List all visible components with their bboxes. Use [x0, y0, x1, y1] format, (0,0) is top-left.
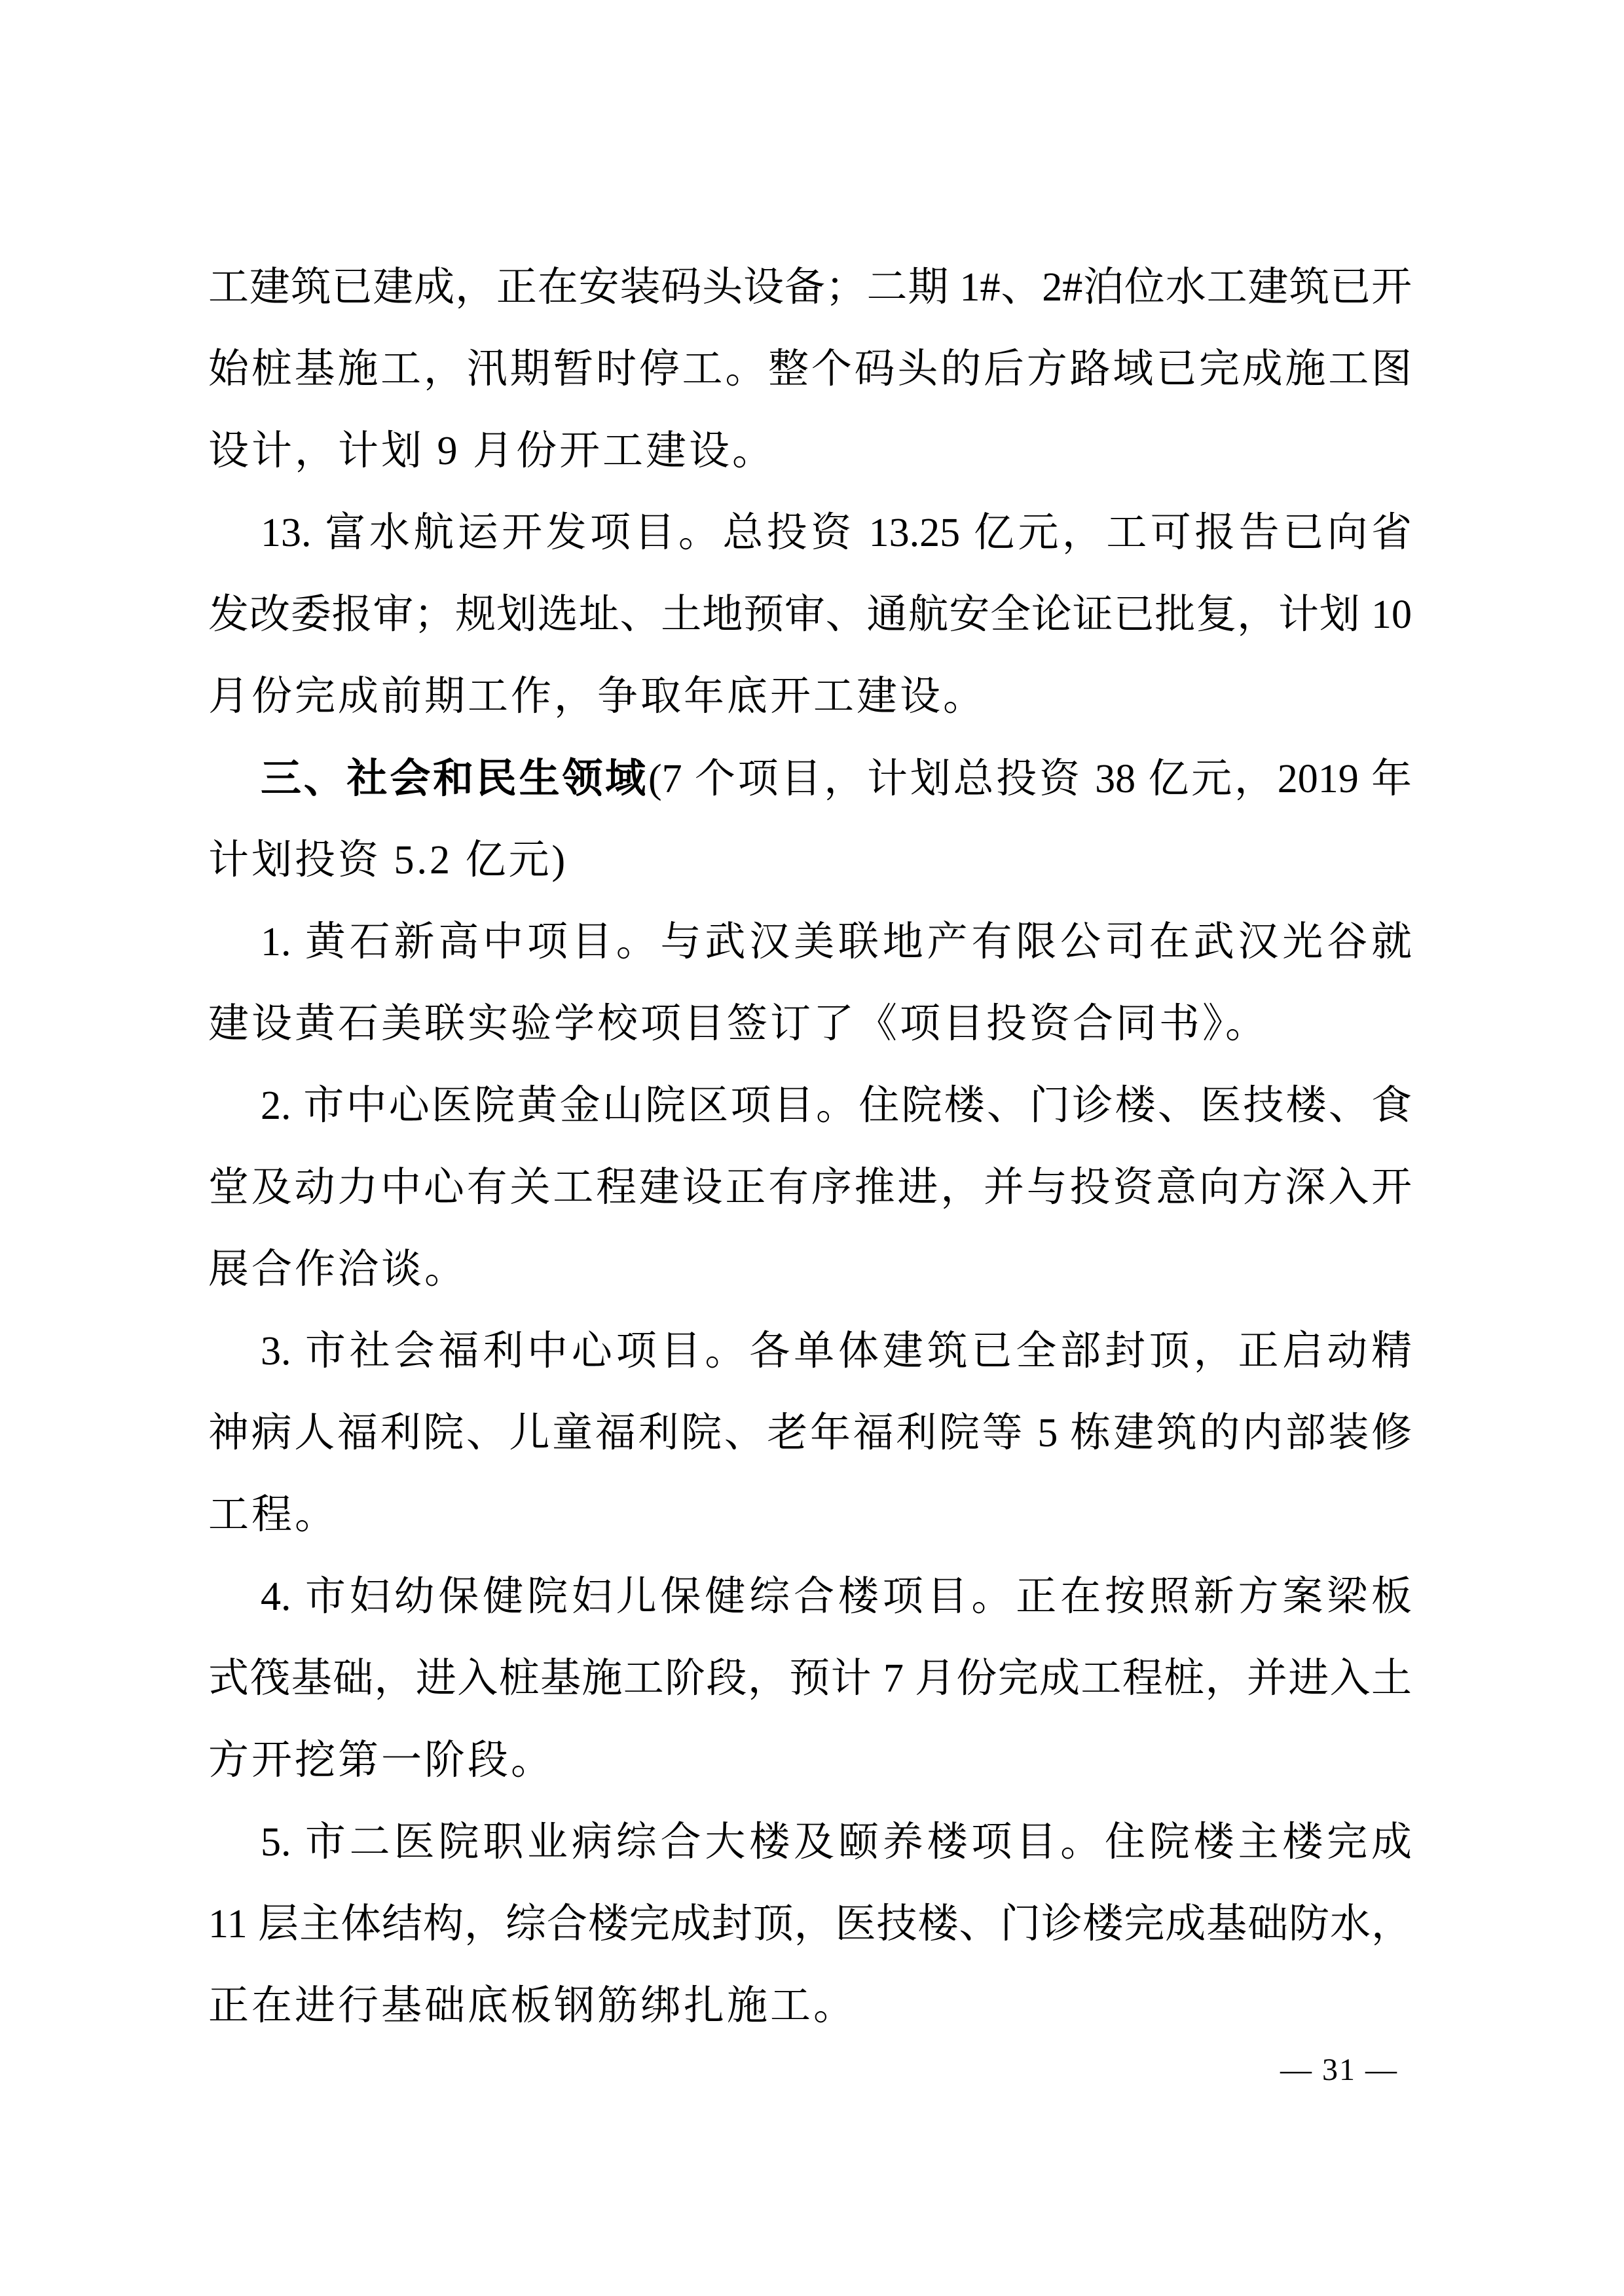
text-line: 始桩基施工，汛期暂时停工。整个码头的后方路域已完成施工图	[208, 329, 1412, 410]
body-text: 式筏基础，进入桩基施工阶段，预计 7 月份完成工程桩，并进入土	[208, 1656, 1412, 1701]
body-text: 神病人福利院、儿童福利院、老年福利院等 5 栋建筑的内部装修	[208, 1411, 1412, 1455]
text-line: 堂及动力中心有关工程建设正有序推进，并与投资意向方深入开	[208, 1147, 1412, 1229]
text-line: 5. 市二医院职业病综合大楼及颐养楼项目。住院楼主楼完成	[208, 1802, 1412, 1884]
text-line: 方开挖第一阶段。	[208, 1720, 1412, 1802]
body-text: 5. 市二医院职业病综合大楼及颐养楼项目。住院楼主楼完成	[261, 1820, 1412, 1865]
body-text: 月份完成前期工作，争取年底开工建设。	[208, 674, 986, 719]
body-text: 3. 市社会福利中心项目。各单体建筑已全部封顶，正启动精	[261, 1329, 1412, 1374]
body-text: 1. 黄石新高中项目。与武汉美联地产有限公司在武汉光谷就	[261, 920, 1412, 964]
body-text: 2. 市中心医院黄金山院区项目。住院楼、门诊楼、医技楼、食	[261, 1084, 1412, 1128]
body-text: (7 个项目，计划总投资 38 亿元，2019 年	[648, 757, 1412, 801]
text-line: 2. 市中心医院黄金山院区项目。住院楼、门诊楼、医技楼、食	[208, 1065, 1412, 1147]
body-text: 建设黄石美联实验学校项目签订了《项目投资合同书》。	[208, 1002, 1268, 1046]
page-number: — 31 —	[1280, 2050, 1398, 2090]
section-heading-text: 三、社会和民生领域	[261, 756, 648, 801]
body-text: 方开挖第一阶段。	[208, 1738, 554, 1783]
body-text: 计划投资 5.2 亿元)	[208, 838, 568, 883]
text-line: 发改委报审；规划选址、土地预审、通航安全论证已批复，计划 10	[208, 574, 1412, 656]
text-line: 设计，计划 9 月份开工建设。	[208, 410, 1412, 492]
body-text: 13. 富水航运开发项目。总投资 13.25 亿元，工可报告已向省	[261, 511, 1412, 555]
text-line: 3. 市社会福利中心项目。各单体建筑已全部封顶，正启动精	[208, 1311, 1412, 1393]
text-line: 13. 富水航运开发项目。总投资 13.25 亿元，工可报告已向省	[208, 492, 1412, 574]
body-text: 4. 市妇幼保健院妇儿保健综合楼项目。正在按照新方案梁板	[261, 1575, 1412, 1619]
body-text: 工建筑已建成，正在安装码头设备；二期 1#、2#泊位水工建筑已开	[208, 265, 1412, 310]
body-text: 发改委报审；规划选址、土地预审、通航安全论证已批复，计划 10	[208, 592, 1412, 637]
body-text: 始桩基施工，汛期暂时停工。整个码头的后方路域已完成施工图	[208, 347, 1412, 392]
document-page: 工建筑已建成，正在安装码头设备；二期 1#、2#泊位水工建筑已开始桩基施工，汛期…	[0, 0, 1624, 2296]
body-text: 工程。	[208, 1493, 338, 1537]
body-text: 正在进行基础底板钢筋绑扎施工。	[208, 1984, 857, 2028]
text-line: 11 层主体结构，综合楼完成封顶，医技楼、门诊楼完成基础防水，	[208, 1884, 1412, 1965]
text-line: 式筏基础，进入桩基施工阶段，预计 7 月份完成工程桩，并进入土	[208, 1638, 1412, 1720]
body-text: 堂及动力中心有关工程建设正有序推进，并与投资意向方深入开	[208, 1165, 1412, 1210]
text-line: 1. 黄石新高中项目。与武汉美联地产有限公司在武汉光谷就	[208, 902, 1412, 983]
text-line: 建设黄石美联实验学校项目签订了《项目投资合同书》。	[208, 983, 1412, 1065]
text-line: 三、社会和民生领域(7 个项目，计划总投资 38 亿元，2019 年	[208, 738, 1412, 820]
text-line: 神病人福利院、儿童福利院、老年福利院等 5 栋建筑的内部装修	[208, 1393, 1412, 1474]
text-line: 4. 市妇幼保健院妇儿保健综合楼项目。正在按照新方案梁板	[208, 1556, 1412, 1638]
body-text: 11 层主体结构，综合楼完成封顶，医技楼、门诊楼完成基础防水，	[208, 1902, 1412, 1946]
text-line: 展合作洽谈。	[208, 1229, 1412, 1311]
document-body: 工建筑已建成，正在安装码头设备；二期 1#、2#泊位水工建筑已开始桩基施工，汛期…	[208, 247, 1412, 2047]
body-text: 设计，计划 9 月份开工建设。	[208, 429, 775, 473]
text-line: 计划投资 5.2 亿元)	[208, 820, 1412, 902]
text-line: 正在进行基础底板钢筋绑扎施工。	[208, 1965, 1412, 2047]
body-text: 展合作洽谈。	[208, 1247, 468, 1292]
text-line: 月份完成前期工作，争取年底开工建设。	[208, 656, 1412, 738]
text-line: 工程。	[208, 1474, 1412, 1556]
text-line: 工建筑已建成，正在安装码头设备；二期 1#、2#泊位水工建筑已开	[208, 247, 1412, 329]
